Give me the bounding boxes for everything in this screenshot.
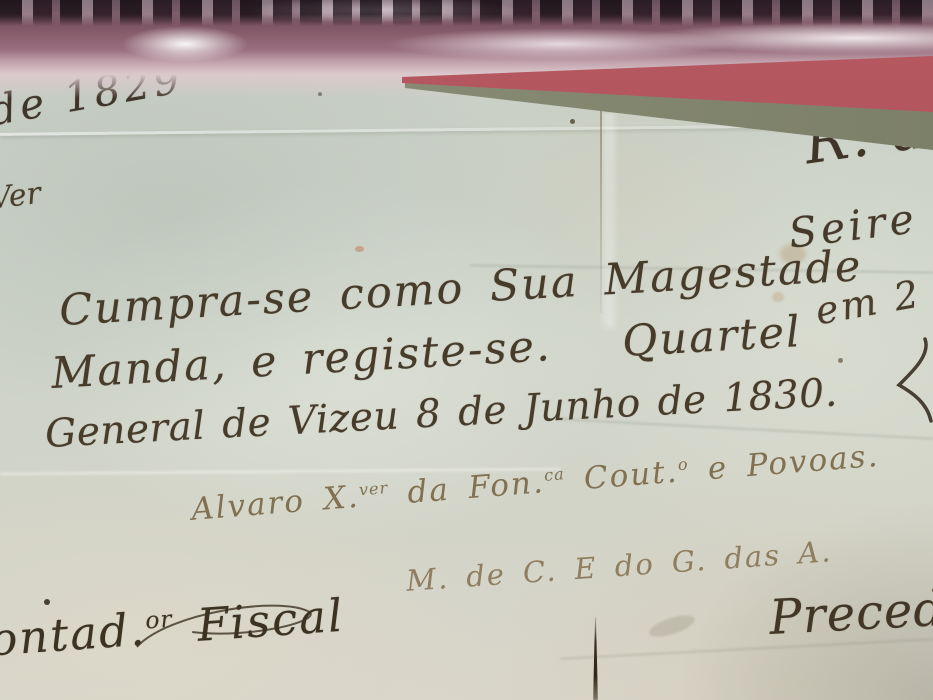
signature-superscript: ca: [543, 464, 565, 485]
manuscript-photo: de 1829 Ver Cumpra-se como Sua Magestade…: [0, 0, 933, 700]
margin-note-fragment: Ver: [0, 176, 43, 217]
office-superscript: or: [144, 605, 173, 635]
right-column-bottom-word: Precede: [768, 579, 933, 646]
signature-superscript: ver: [358, 478, 389, 499]
sleeve-zip-seal: [0, 0, 933, 26]
